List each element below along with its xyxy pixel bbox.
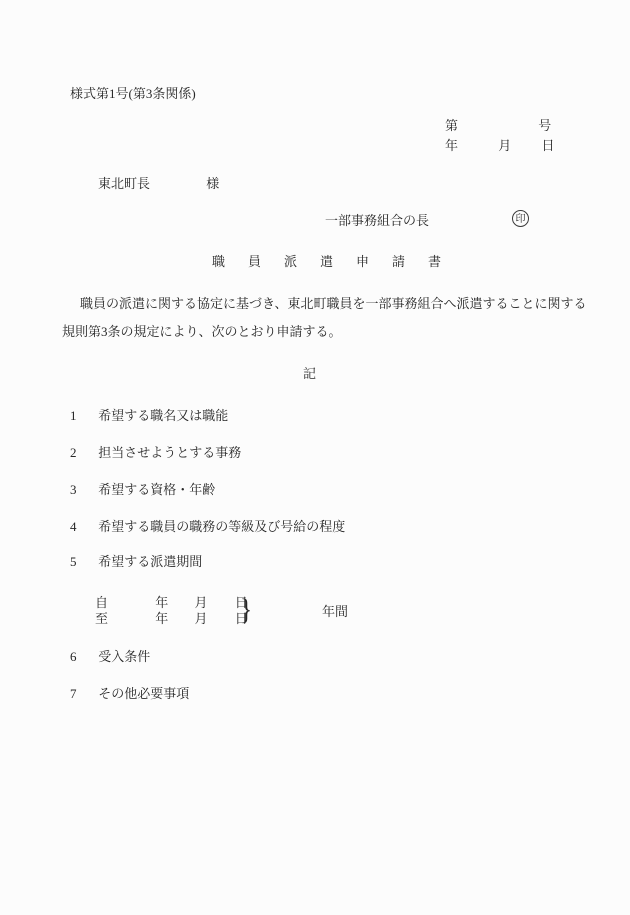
date-day-label: 日 xyxy=(542,138,555,154)
period-from-label: 自 xyxy=(95,595,152,611)
doc-number-prefix: 第 xyxy=(445,118,535,134)
item-row-2: 2 担当させようとする事務 xyxy=(70,445,241,461)
item-number: 4 xyxy=(70,519,95,535)
item-row-3: 3 希望する資格・年齢 xyxy=(70,482,215,498)
body-line-1: 職員の派遣に関する協定に基づき、東北町職員を一部事務組合へ派遣することに関する xyxy=(62,296,586,312)
document-page: 様式第1号(第3条関係) 第 号 年 月 日 東北町長 様 一部事務組合の長 印… xyxy=(0,0,630,915)
form-number-label: 様式第1号(第3条関係) xyxy=(70,86,196,102)
item-label: 担当させようとする事務 xyxy=(98,445,241,460)
addressee-honorific: 様 xyxy=(206,176,219,192)
document-title: 職 員 派 遣 申 請 書 xyxy=(212,254,446,270)
item-label: その他必要事項 xyxy=(98,686,189,701)
item-row-6: 6 受入条件 xyxy=(70,649,150,665)
seal-character: 印 xyxy=(516,214,526,225)
period-to-month-label: 月 xyxy=(195,611,232,627)
record-marker: 記 xyxy=(303,366,316,382)
item-row-7: 7 その他必要事項 xyxy=(70,686,189,702)
period-duration-label: 年間 xyxy=(322,604,348,620)
addressee-name: 東北町長 xyxy=(98,176,203,192)
period-brace: } xyxy=(240,594,252,626)
period-from-line: 自 年 月 日 xyxy=(95,595,248,611)
period-from-month-label: 月 xyxy=(195,595,232,611)
item-label: 希望する職員の職務の等級及び号給の程度 xyxy=(98,519,345,534)
date-year-label: 年 xyxy=(445,138,495,154)
item-number: 1 xyxy=(70,408,95,424)
item-row-1: 1 希望する職名又は職能 xyxy=(70,408,228,424)
item-label: 希望する派遣期間 xyxy=(98,554,202,569)
item-label: 希望する資格・年齢 xyxy=(98,482,215,497)
item-label: 希望する職名又は職能 xyxy=(98,408,228,423)
doc-number-line: 第 号 xyxy=(445,118,551,134)
period-from-year-label: 年 xyxy=(155,595,191,611)
item-number: 7 xyxy=(70,686,95,702)
addressee-line: 東北町長 様 xyxy=(98,176,219,192)
item-row-5: 5 希望する派遣期間 xyxy=(70,554,202,570)
body-line-2: 規則第3条の規定により、次のとおり申請する。 xyxy=(62,324,342,340)
applicant-label: 一部事務組合の長 xyxy=(325,213,429,229)
item-number: 2 xyxy=(70,445,95,461)
item-number: 6 xyxy=(70,649,95,665)
period-to-year-label: 年 xyxy=(155,611,191,627)
item-label: 受入条件 xyxy=(98,649,150,664)
doc-number-suffix: 号 xyxy=(538,118,551,134)
period-to-label: 至 xyxy=(95,611,152,627)
item-number: 3 xyxy=(70,482,95,498)
date-line: 年 月 日 xyxy=(445,138,555,154)
seal-icon: 印 xyxy=(512,210,529,227)
date-month-label: 月 xyxy=(498,138,538,154)
period-to-line: 至 年 月 日 xyxy=(95,611,248,627)
item-number: 5 xyxy=(70,554,95,570)
item-row-4: 4 希望する職員の職務の等級及び号給の程度 xyxy=(70,519,345,535)
